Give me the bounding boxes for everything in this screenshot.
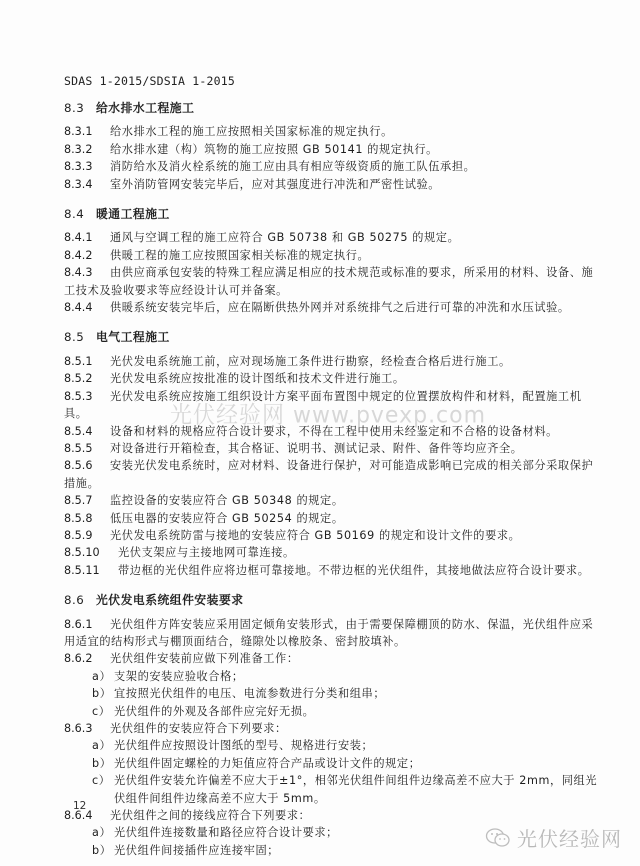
list-item-text: 支架的安装应验收合格； <box>114 670 244 683</box>
section-number: 8.5 <box>64 329 96 346</box>
clause-number: 8.6.1 <box>64 616 108 633</box>
clause-number: 8.5.8 <box>64 510 108 527</box>
list-item-text: 光伏组件安装允许偏差不应大于±1°，相邻光伏组件间组件边缘高差不应大于 2mm，… <box>114 774 597 804</box>
clause-number: 8.6.3 <box>64 720 108 737</box>
clause-number: 8.5.6 <box>64 457 108 474</box>
clause: 8.4.3由供应商承包安装的特殊工程应满足相应的技术规范或标准的要求，所采用的材… <box>64 264 604 299</box>
clause-text: 光伏支架应与主接地网可靠连接。 <box>118 546 295 559</box>
clause-text: 低压电器的安装应符合 GB 50254 的规定。 <box>110 512 344 525</box>
clause-number: 8.3.3 <box>64 158 108 175</box>
clause-number: 8.5.7 <box>64 492 108 509</box>
clause-text: 监控设备的安装应符合 GB 50348 的规定。 <box>110 494 344 507</box>
list-item-label: a） <box>92 668 114 685</box>
clause: 8.4.4供暖系统安装完毕后，应在隔断供热外网并对系统排气之后进行可靠的冲洗和水… <box>64 299 604 316</box>
clause: 8.6.1光伏组件方阵安装应采用固定倾角安装形式，由于需要保障棚顶的防水、保温，… <box>64 616 604 651</box>
section-title-text: 光伏发电系统组件安装要求 <box>96 593 244 607</box>
section-number: 8.6 <box>64 592 96 609</box>
clause: 8.4.2供暖工程的施工应按照国家相关标准的规定执行。 <box>64 247 604 264</box>
list-item-label: a） <box>92 824 114 841</box>
list-item: c）光伏组件安装允许偏差不应大于±1°，相邻光伏组件间组件边缘高差不应大于 2m… <box>92 772 604 807</box>
section-8-6: 8.6光伏发电系统组件安装要求8.6.1光伏组件方阵安装应采用固定倾角安装形式，… <box>64 592 604 859</box>
clause: 8.4.1通风与空调工程的施工应符合 GB 50738 和 GB 50275 的… <box>64 229 604 246</box>
list-item-text: 光伏组件间接插件应连接牢固； <box>114 844 279 857</box>
clause: 8.5.2光伏发电系统应按批准的设计图纸和技术文件进行施工。 <box>64 370 604 387</box>
section-title-text: 暖通工程施工 <box>96 207 170 221</box>
section-8-4: 8.4暖通工程施工8.4.1通风与空调工程的施工应符合 GB 50738 和 G… <box>64 206 604 316</box>
clause-text: 光伏发电系统应按批准的设计图纸和技术文件进行施工。 <box>110 372 405 385</box>
section-number: 8.3 <box>64 100 96 117</box>
list-item-label: b） <box>92 842 114 859</box>
list-item-text: 光伏组件固定螺栓的力矩值应符合产品或设计文件的规定； <box>114 757 420 770</box>
clause-text: 设备和材料的规格应符合设计要求，不得在工程中使用未经鉴定和不合格的设备材料。 <box>110 425 558 438</box>
clause-number: 8.5.3 <box>64 388 108 405</box>
clause-number: 8.4.1 <box>64 229 108 246</box>
clause-number: 8.5.4 <box>64 423 108 440</box>
clause-text: 供暖工程的施工应按照国家相关标准的规定执行。 <box>110 249 369 262</box>
clause-text: 供暖系统安装完毕后，应在隔断供热外网并对系统排气之后进行可靠的冲洗和水压试验。 <box>110 301 570 314</box>
list-item-label: b） <box>92 755 114 772</box>
section-title-text: 给水排水工程施工 <box>96 101 194 115</box>
list-item: b）光伏组件固定螺栓的力矩值应符合产品或设计文件的规定； <box>92 755 604 772</box>
clause-text: 给水排水工程的施工应按照相关国家标准的规定执行。 <box>110 125 393 138</box>
clause-text: 光伏发电系统应按施工组织设计方案平面布置图中规定的位置摆放构件和材料，配置施工机… <box>64 390 582 420</box>
clause-number: 8.5.9 <box>64 527 108 544</box>
clause-text: 带边框的光伏组件应将边框可靠接地。不带边框的光伏组件，其接地做法应符合设计要求。 <box>118 564 590 577</box>
clause: 8.5.8低压电器的安装应符合 GB 50254 的规定。 <box>64 510 604 527</box>
list-item-text: 光伏组件的外观及各部件应完好无损。 <box>114 705 314 718</box>
brand-watermark-text: 光伏经验网 <box>517 823 622 852</box>
list-item-text: 光伏组件应按照设计图纸的型号、规格进行安装； <box>114 739 373 752</box>
clause: 8.5.6安装光伏发电系统时，应对材料、设备进行保护，对可能造成影响已完成的相关… <box>64 457 604 492</box>
section-8-5: 8.5电气工程施工8.5.1光伏发电系统施工前，应对现场施工条件进行勘察，经检查… <box>64 329 604 579</box>
document-body: 8.3给水排水工程施工8.3.1给水排水工程的施工应按照相关国家标准的规定执行。… <box>64 100 604 866</box>
section-heading: 8.3给水排水工程施工 <box>64 100 604 117</box>
list-item: a）支架的安装应验收合格； <box>92 668 604 685</box>
list-item-text: 宜按照光伏组件的电压、电流参数进行分类和组串； <box>114 687 385 700</box>
clause-text: 光伏组件方阵安装应采用固定倾角安装形式，由于需要保障棚顶的防水、保温，光伏组件应… <box>64 618 593 648</box>
section-heading: 8.5电气工程施工 <box>64 329 604 346</box>
clause-number: 8.4.4 <box>64 299 108 316</box>
clause: 8.3.2给水排水建（构）筑物的施工应按照 GB 50141 的规定执行。 <box>64 141 604 158</box>
document-id: SDAS 1-2015/SDSIA 1-2015 <box>64 74 235 88</box>
section-8-3: 8.3给水排水工程施工8.3.1给水排水工程的施工应按照相关国家标准的规定执行。… <box>64 100 604 193</box>
clause-number: 8.4.3 <box>64 264 108 281</box>
clause: 8.5.4设备和材料的规格应符合设计要求，不得在工程中使用未经鉴定和不合格的设备… <box>64 423 604 440</box>
clause-number: 8.5.5 <box>64 440 108 457</box>
section-heading: 8.6光伏发电系统组件安装要求 <box>64 592 604 609</box>
clause-number: 8.3.2 <box>64 141 108 158</box>
clause-number: 8.5.1 <box>64 353 108 370</box>
clause: 8.5.11带边框的光伏组件应将边框可靠接地。不带边框的光伏组件，其接地做法应符… <box>64 562 604 579</box>
clause-text: 光伏发电系统防雷与接地的安装应符合 GB 50169 的规定和设计文件的要求。 <box>110 529 520 542</box>
clause-text: 光伏发电系统施工前，应对现场施工条件进行勘察，经检查合格后进行施工。 <box>110 355 511 368</box>
clause: 8.3.3消防给水及消火栓系统的施工应由具有相应等级资质的施工队伍承担。 <box>64 158 604 175</box>
clause-text: 给水排水建（构）筑物的施工应按照 GB 50141 的规定执行。 <box>110 143 438 156</box>
section-number: 8.4 <box>64 206 96 223</box>
clause-number: 8.5.11 <box>64 562 116 579</box>
list-item-label: c） <box>92 703 114 720</box>
list-item-label: c） <box>92 772 114 789</box>
clause-text: 光伏组件安装前应做下列准备工作： <box>110 652 299 665</box>
list-item-label: b） <box>92 685 114 702</box>
clause-text: 室外消防管网安装完毕后，应对其强度进行冲洗和严密性试验。 <box>110 178 440 191</box>
list-item-text: 光伏组件连接数量和路径应符合设计要求； <box>114 826 338 839</box>
wechat-icon <box>485 827 511 849</box>
section-heading: 8.4暖通工程施工 <box>64 206 604 223</box>
clause: 8.5.5对设备进行开箱检查，其合格证、说明书、测试记录、附件、备件等均应齐全。 <box>64 440 604 457</box>
document-page: SDAS 1-2015/SDSIA 1-2015 8.3给水排水工程施工8.3.… <box>0 0 640 866</box>
clause-number: 8.5.10 <box>64 544 116 561</box>
clause-number: 8.3.4 <box>64 176 108 193</box>
list-item: a）光伏组件应按照设计图纸的型号、规格进行安装； <box>92 737 604 754</box>
clause-number: 8.6.2 <box>64 650 108 667</box>
list-item: c）光伏组件的外观及各部件应完好无损。 <box>92 703 604 720</box>
section-title-text: 电气工程施工 <box>96 330 170 344</box>
clause: 8.3.1给水排水工程的施工应按照相关国家标准的规定执行。 <box>64 123 604 140</box>
clause: 8.6.4光伏组件之间的接线应符合下列要求： <box>64 807 604 824</box>
list-item-label: a） <box>92 737 114 754</box>
list-item: b）宜按照光伏组件的电压、电流参数进行分类和组串； <box>92 685 604 702</box>
clause: 8.5.9光伏发电系统防雷与接地的安装应符合 GB 50169 的规定和设计文件… <box>64 527 604 544</box>
clause: 8.5.1光伏发电系统施工前，应对现场施工条件进行勘察，经检查合格后进行施工。 <box>64 353 604 370</box>
clause: 8.6.2光伏组件安装前应做下列准备工作： <box>64 650 604 667</box>
clause: 8.6.3光伏组件的安装应符合下列要求： <box>64 720 604 737</box>
clause: 8.5.7监控设备的安装应符合 GB 50348 的规定。 <box>64 492 604 509</box>
clause-text: 光伏组件的安装应符合下列要求： <box>110 722 287 735</box>
page-number: 12 <box>73 800 86 812</box>
brand-watermark: 光伏经验网 <box>485 823 622 852</box>
clause-text: 消防给水及消火栓系统的施工应由具有相应等级资质的施工队伍承担。 <box>110 160 475 173</box>
clause: 8.3.4室外消防管网安装完毕后，应对其强度进行冲洗和严密性试验。 <box>64 176 604 193</box>
clause-number: 8.4.2 <box>64 247 108 264</box>
clause-text: 光伏组件之间的接线应符合下列要求： <box>110 809 310 822</box>
clause-text: 对设备进行开箱检查，其合格证、说明书、测试记录、附件、备件等均应齐全。 <box>110 442 523 455</box>
clause-text: 通风与空调工程的施工应符合 GB 50738 和 GB 50275 的规定。 <box>110 231 459 244</box>
clause-text: 安装光伏发电系统时，应对材料、设备进行保护，对可能造成影响已完成的相关部分采取保… <box>64 459 593 489</box>
clause-text: 由供应商承包安装的特殊工程应满足相应的技术规范或标准的要求，所采用的材料、设备、… <box>64 266 593 296</box>
clause-number: 8.3.1 <box>64 123 108 140</box>
clause: 8.5.3光伏发电系统应按施工组织设计方案平面布置图中规定的位置摆放构件和材料，… <box>64 388 604 423</box>
clause-number: 8.5.2 <box>64 370 108 387</box>
clause: 8.5.10光伏支架应与主接地网可靠连接。 <box>64 544 604 561</box>
